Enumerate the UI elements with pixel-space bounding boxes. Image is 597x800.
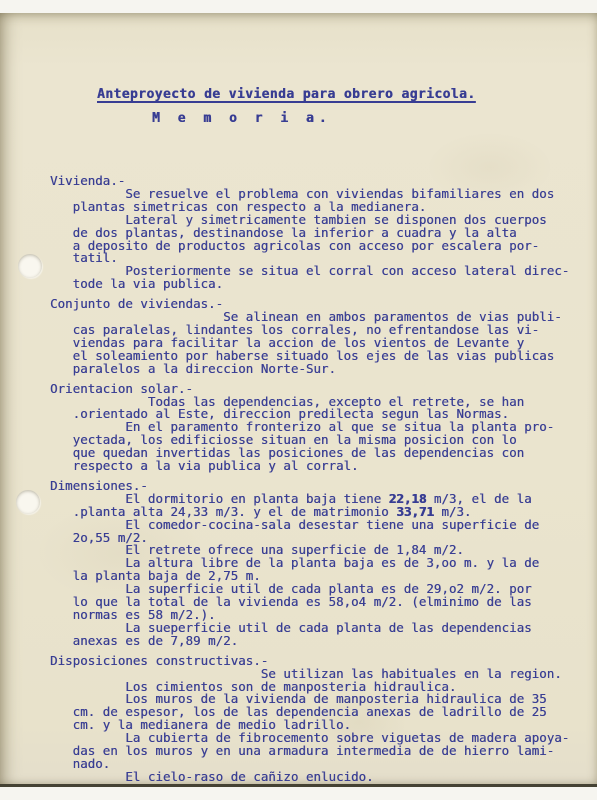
- document-body: Vivienda.- Se resuelve el problema con v…: [0, 175, 597, 784]
- document-section: Disposiciones constructivas.- Se utiliza…: [50, 655, 597, 784]
- text-line: das en los muros y en una armadura inter…: [50, 745, 597, 758]
- text-line: a deposito de productos agricolas con ac…: [50, 240, 597, 253]
- text-line: anexas es de 7,89 m/2.: [50, 635, 597, 648]
- hole-punch-top: [18, 254, 42, 278]
- text-line: paralelos a la direccion Norte-Sur.: [50, 363, 597, 376]
- text-line: tode la via publica.: [50, 278, 597, 291]
- paper-sheet: Anteproyecto de vivienda para obrero agr…: [0, 13, 597, 787]
- document-section: Dimensiones.- El dormitorio en planta ba…: [50, 480, 597, 648]
- text-line: respecto a la via publica y al corral.: [50, 460, 597, 473]
- document-section: Orientacion solar.- Todas las dependenci…: [50, 383, 597, 473]
- document-section: Conjunto de viviendas.- Se alinean en am…: [50, 298, 597, 375]
- page-title: Anteproyecto de vivienda para obrero agr…: [97, 87, 597, 102]
- hole-punch-bottom: [16, 490, 40, 514]
- page-subtitle: M e m o r i a.: [152, 111, 597, 126]
- scanned-document-page: { "page": { "title": "Anteproyecto de vi…: [0, 0, 597, 800]
- document-section: Vivienda.- Se resuelve el problema con v…: [50, 175, 597, 291]
- text-line: El cielo-raso de cañizo enlucido.: [50, 771, 597, 784]
